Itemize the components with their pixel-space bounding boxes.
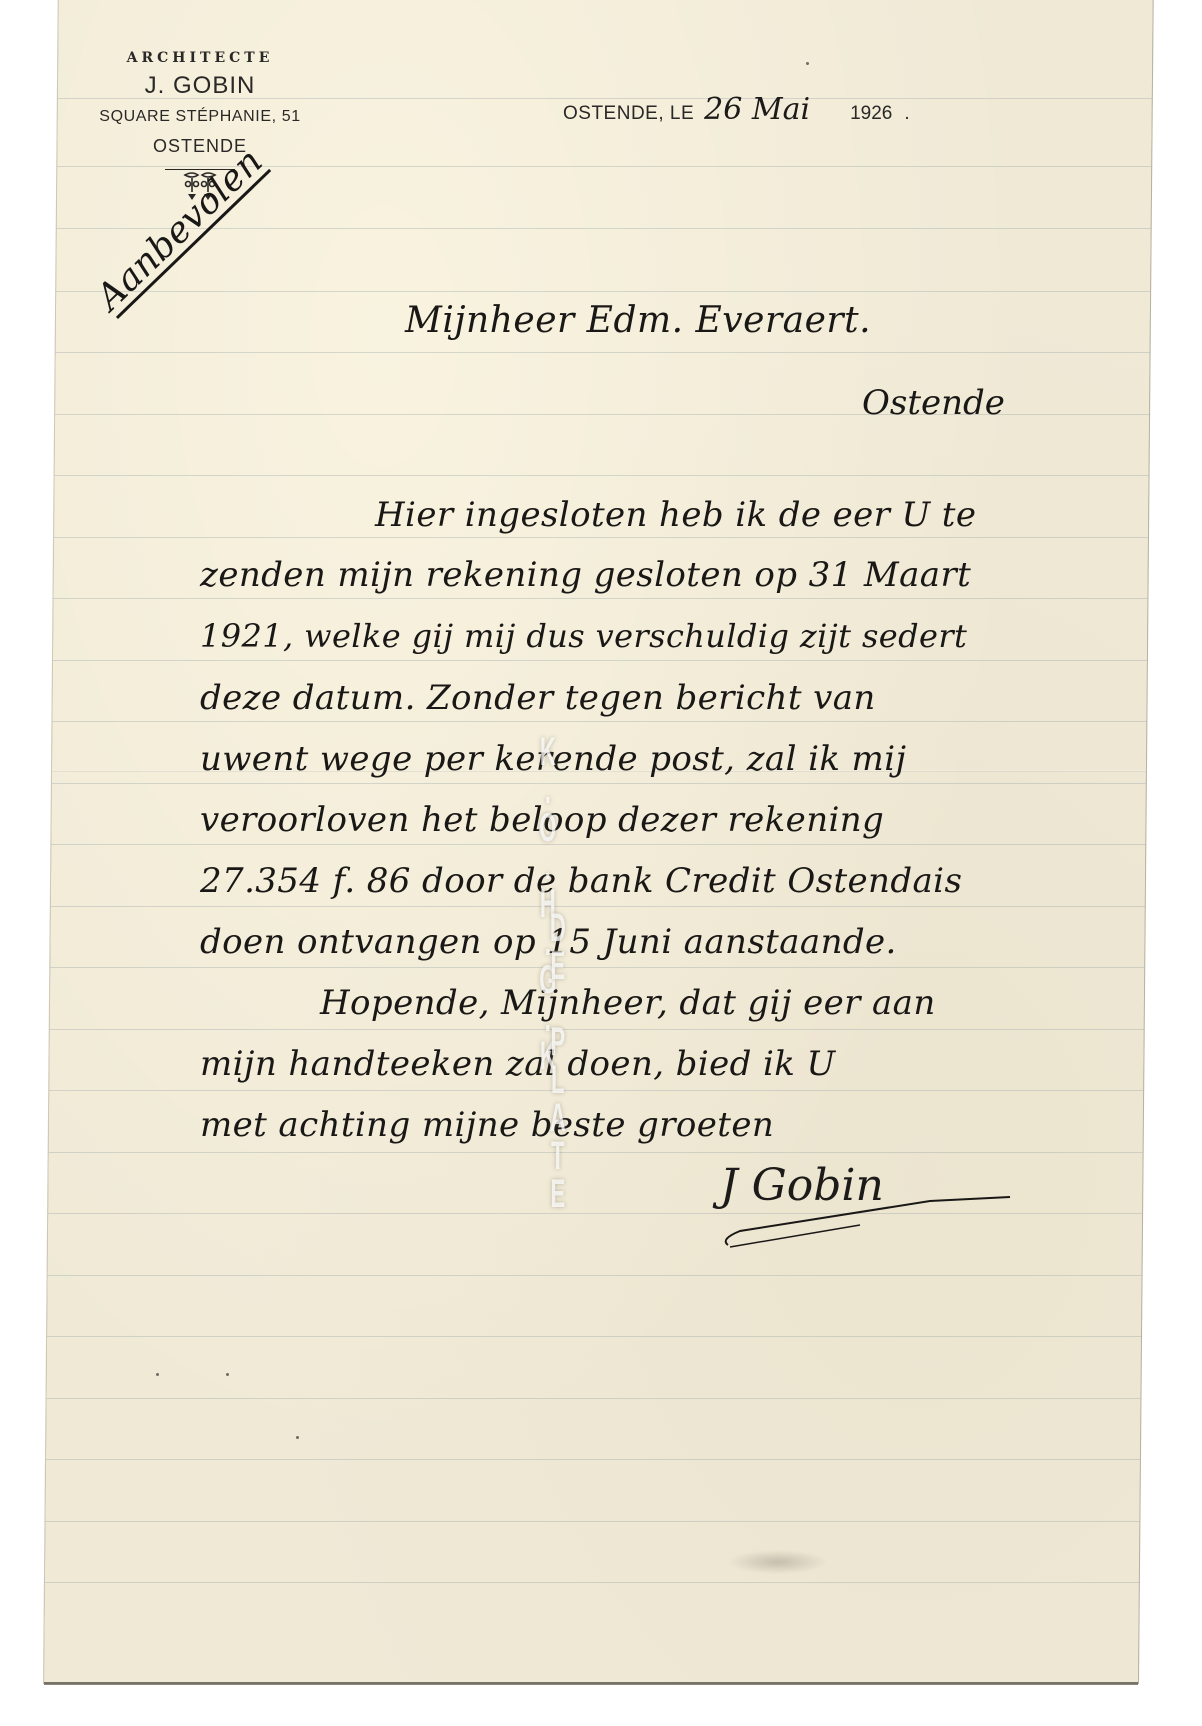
addressee-name: Mijnheer Edm. Everaert. [405,300,871,341]
body-line: 1921, welke gij mij dus verschuldig zijt… [200,617,967,655]
ink-speck [806,62,809,65]
ruled-line [54,537,1148,538]
ruled-line [50,1029,1144,1030]
ruled-line [48,1275,1142,1276]
ruled-line [56,291,1150,292]
dateline-year: 1926 [850,103,892,124]
letterhead-name: J. GOBIN [60,72,340,100]
body-line: Hopende, Mijnheer, dat gij eer aan [320,983,936,1023]
ruled-line [49,1090,1143,1091]
watermark-line-2: DE PLATE [545,906,570,1210]
ruled-line [51,906,1145,907]
ruled-line [52,783,1146,784]
dateline-place: OSTENDE, LE [563,103,694,124]
dateline-handwritten-date: 26 Mai [704,92,810,127]
letter-paper [44,0,1153,1684]
body-line: Hier ingesloten heb ik de eer U te [375,495,976,535]
ruled-line [45,1582,1139,1583]
ruled-line [50,967,1144,968]
letterhead-profession: ARCHITECTE [60,50,340,66]
ink-speck [226,1373,229,1376]
ruled-line [46,1459,1140,1460]
ruled-line [52,721,1146,722]
body-line: deze datum. Zonder tegen bericht van [200,678,876,718]
letterhead-city: OSTENDE [60,136,340,157]
ink-speck [156,1373,159,1376]
ruled-line [53,660,1147,661]
ruled-line [55,475,1149,476]
body-line: met achting mijne beste groeten [200,1105,774,1145]
body-line: mijn handteeken zal doen, bied ik U [200,1044,836,1084]
letterhead: ARCHITECTE J. GOBIN SQUARE STÉPHANIE, 51… [60,50,340,202]
ruled-line [51,844,1145,845]
ink-speck [296,1436,299,1439]
dateline: OSTENDE, LE 26 Mai 1926 . [563,92,910,127]
ruled-line [56,352,1150,353]
ruled-line [49,1152,1143,1153]
body-line: 27.354 f. 86 door de bank Credit Ostenda… [200,861,962,901]
letterhead-address: SQUARE STÉPHANIE, 51 [60,108,340,126]
body-line: zenden mijn rekening gesloten op 31 Maar… [200,555,971,595]
ruled-line [46,1398,1140,1399]
addressee-city: Ostende [862,383,1005,423]
ruled-line [57,228,1151,229]
dateline-period: . [904,103,909,124]
signature-flourish-icon [720,1195,1020,1255]
ruled-line [53,598,1147,599]
ruled-line [47,1336,1141,1337]
pencil-smudge [728,1550,828,1574]
ruled-line [45,1521,1139,1522]
